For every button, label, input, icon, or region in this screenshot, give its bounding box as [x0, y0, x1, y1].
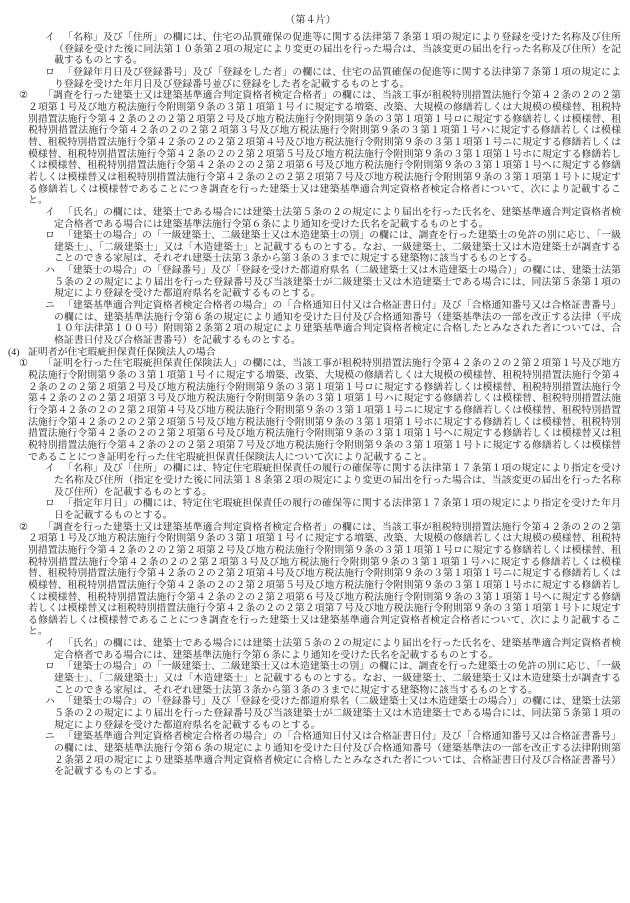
item-text: 「建築士の場合」の「一級建築士、二級建築士又は木造建築士の別」の欄には、調査を行…: [54, 661, 621, 695]
item-text: 「指定年月日」の欄には、特定住宅瑕疵担保責任の履行の確保等に関する法律第１７条第…: [54, 498, 621, 521]
list-item: ②「調査を行った建築士又は建築基準適合判定資格者検定合格者」の欄には、当該工事が…: [0, 522, 621, 639]
item-marker: イ: [45, 463, 63, 475]
item-marker: ロ: [45, 661, 63, 673]
item-text: 「名称」及び「住所」の欄には、特定住宅瑕疵担保責任の履行の確保等に関する法律第１…: [54, 463, 621, 497]
item-marker: イ: [45, 32, 63, 44]
item-marker: ロ: [45, 230, 63, 242]
list-item: ニ「建築基準適合判定資格者検定合格者の場合」の「合格通知日付又は合格証書日付」及…: [0, 300, 621, 347]
item-text: 「建築士の場合」の「一級建築士、二級建築士又は木造建築士の別」の欄には、調査を行…: [54, 230, 621, 264]
item-text: 「建築基準適合判定資格者検定合格者の場合」の「合格通知日付又は合格証書日付」及び…: [54, 300, 621, 346]
item-text: 「調査を行った建築士又は建築基準適合判定資格者検定合格者」の欄には、当該工事が租…: [28, 90, 621, 206]
item-text: 「建築士の場合」の「登録番号」及び「登録を受けた都道府県名（二級建築士又は木造建…: [54, 265, 621, 299]
list-item: ロ「登録年月日及び登録番号」及び「登録をした者」の欄には、住宅の品質確保の促進等…: [0, 67, 621, 90]
item-marker: ロ: [45, 67, 63, 79]
list-item: ニ「建築基準適合判定資格者検定合格者の場合」の「合格通知日付又は合格証書日付」及…: [0, 731, 621, 778]
list-item: ハ「建築士の場合」の「登録番号」及び「登録を受けた都道府県名（二級建築士又は木造…: [0, 696, 621, 731]
item-marker: イ: [45, 638, 63, 650]
item-text: 証明者が住宅瑕疵担保責任保険法人の場合: [28, 347, 216, 358]
item-marker: ニ: [45, 731, 63, 743]
item-text: 「氏名」の欄には、建築士である場合には建築士法第５条の２の規定により届出を行った…: [54, 207, 621, 230]
list-item: ロ「指定年月日」の欄には、特定住宅瑕疵担保責任の履行の確保等に関する法律第１７条…: [0, 498, 621, 521]
item-marker: ②: [19, 90, 43, 102]
item-marker: ロ: [45, 498, 63, 510]
list-item: イ「名称」及び「住所」の欄には、特定住宅瑕疵担保責任の履行の確保等に関する法律第…: [0, 463, 621, 498]
section-heading: (4)証明者が住宅瑕疵担保責任保険法人の場合: [0, 347, 621, 359]
item-text: 「登録年月日及び登録番号」及び「登録をした者」の欄には、住宅の品質確保の促進等に…: [54, 67, 621, 90]
item-marker: イ: [45, 207, 63, 219]
item-marker: ハ: [45, 265, 63, 277]
list-item: ハ「建築士の場合」の「登録番号」及び「登録を受けた都道府県名（二級建築士又は木造…: [0, 265, 621, 300]
list-item: イ「氏名」の欄には、建築士である場合には建築士法第５条の２の規定により届出を行っ…: [0, 207, 621, 230]
item-text: 「建築士の場合」の「登録番号」及び「登録を受けた都道府県名（二級建築士又は木造建…: [54, 696, 621, 730]
page-title: （第４片）: [0, 14, 621, 27]
list-item: ロ「建築士の場合」の「一級建築士、二級建築士又は木造建築士の別」の欄には、調査を…: [0, 661, 621, 696]
item-text: 「証明を行った住宅瑕疵担保責任保険法人」の欄には、当該工事が租税特別措置法施行令…: [28, 358, 621, 462]
item-marker: (4): [8, 347, 28, 359]
list-item: ①「証明を行った住宅瑕疵担保責任保険法人」の欄には、当該工事が租税特別措置法施行…: [0, 358, 621, 463]
item-marker: ニ: [45, 300, 63, 312]
item-marker: ②: [19, 522, 43, 534]
item-text: 「建築基準適合判定資格者検定合格者の場合」の「合格通知日付又は合格証書日付」及び…: [54, 731, 621, 777]
item-text: 「氏名」の欄には、建築士である場合には建築士法第５条の２の規定により届出を行った…: [54, 638, 621, 661]
document-page: （第４片） イ「名称」及び「住所」の欄には、住宅の品質確保の促進等に関する法律第…: [0, 0, 630, 903]
list-item: ②「調査を行った建築士又は建築基準適合判定資格者検定合格者」の欄には、当該工事が…: [0, 90, 621, 207]
item-marker: ハ: [45, 696, 63, 708]
list-item: ロ「建築士の場合」の「一級建築士、二級建築士又は木造建築士の別」の欄には、調査を…: [0, 230, 621, 265]
list-item: イ「氏名」の欄には、建築士である場合には建築士法第５条の２の規定により届出を行っ…: [0, 638, 621, 661]
item-text: 「調査を行った建築士又は建築基準適合判定資格者検定合格者」の欄には、当該工事が租…: [28, 522, 621, 638]
item-text: 「名称」及び「住所」の欄には、住宅の品質確保の促進等に関する法律第７条第１項の規…: [54, 32, 621, 66]
list-item: イ「名称」及び「住所」の欄には、住宅の品質確保の促進等に関する法律第７条第１項の…: [0, 32, 621, 67]
item-marker: ①: [19, 358, 43, 370]
